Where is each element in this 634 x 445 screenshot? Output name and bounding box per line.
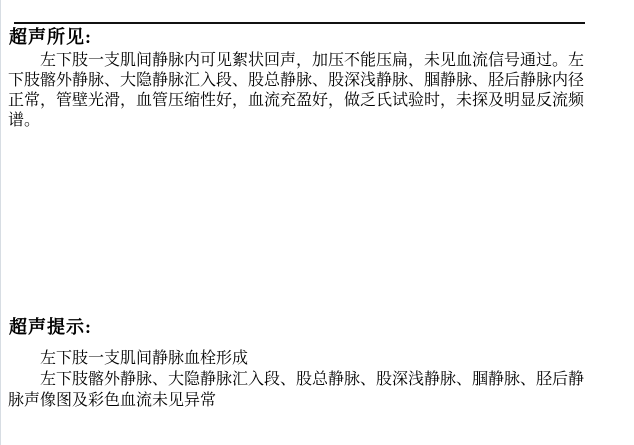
section-divider-rule bbox=[14, 22, 585, 24]
ultrasound-report-page: 超声所见: 左下肢一支肌间静脉内可见絮状回声，加压不能压扁，未见血流信号通过。左… bbox=[0, 0, 634, 445]
impression-section-body: 左下肢一支肌间静脉血栓形成 左下肢髂外静脉、大隐静脉汇入段、股总静脉、股深浅静脉… bbox=[8, 348, 584, 411]
page-left-border bbox=[0, 0, 1, 445]
findings-section-body: 左下肢一支肌间静脉内可见絮状回声，加压不能压扁，未见血流信号通过。左 下肢髂外静… bbox=[8, 51, 584, 131]
impression-section-heading: 超声提示: bbox=[9, 317, 92, 337]
findings-section-heading: 超声所见: bbox=[9, 27, 92, 47]
